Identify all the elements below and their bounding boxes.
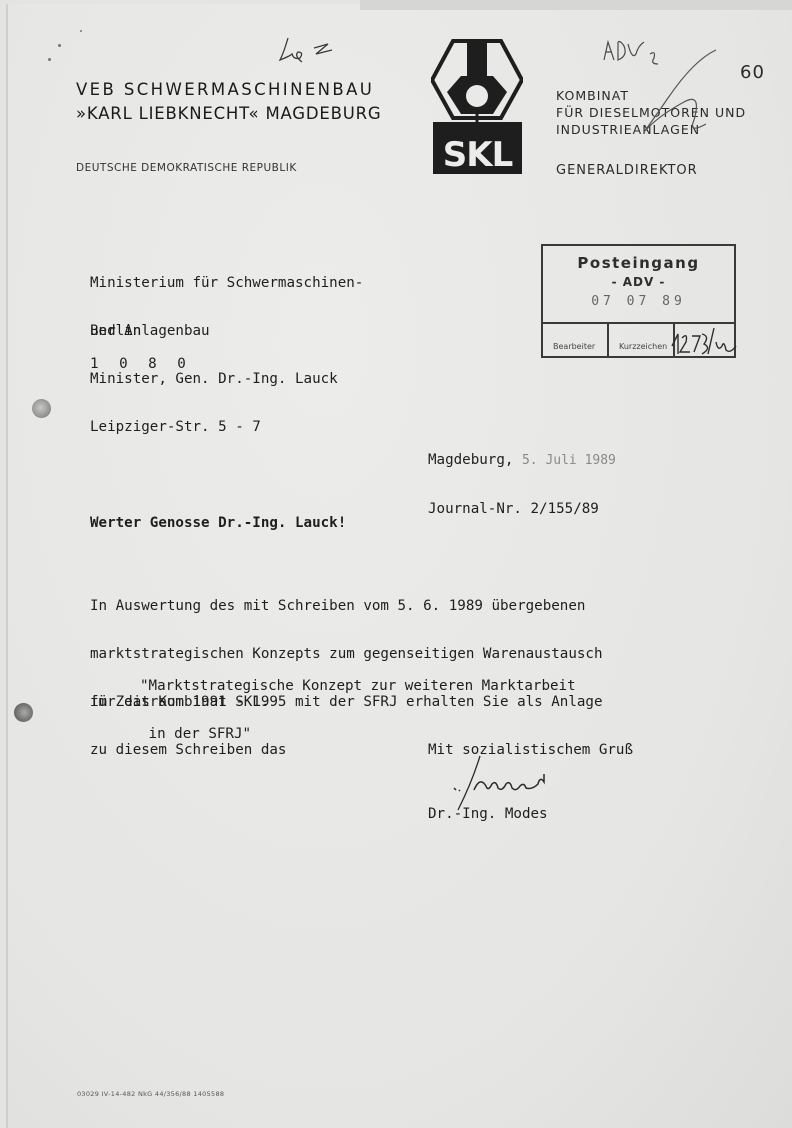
salutation: Werter Genosse Dr.-Ing. Lauck! [90, 515, 346, 531]
page-number: 60 [740, 62, 765, 83]
print-code: 03029 IV-14-482 NkG 44/356/88 1405588 [77, 1090, 224, 1098]
paper-speck [80, 30, 82, 32]
journal-number: Journal-Nr. 2/155/89 [428, 501, 616, 517]
quote-line: "Marktstrategische Konzept zur weiteren … [140, 678, 576, 694]
paper-speck [58, 44, 61, 47]
signer-name: Dr.-Ing. Modes [428, 806, 548, 822]
body-line: In Auswertung des mit Schreiben vom 5. 6… [90, 598, 603, 614]
stamp-field-signature [675, 324, 734, 356]
address-line: Leipziger-Str. 5 - 7 [90, 419, 363, 435]
place-date-line: Magdeburg, 5. Juli 1989 [428, 452, 616, 469]
greeting: Mit sozialistischem Gruß [428, 742, 633, 758]
recipient-city: Berlin [90, 323, 141, 339]
department-label: GENERALDIREKTOR [556, 163, 698, 178]
recipient-address: Ministerium für Schwermaschinen- und Anl… [90, 243, 363, 451]
company-name: VEB SCHWERMASCHINENBAU [76, 80, 374, 99]
kombinat-line: KOMBINAT [556, 87, 746, 104]
kombinat-name: KOMBINAT FÜR DIESELMOTOREN UND INDUSTRIE… [556, 87, 746, 138]
stamp-field-kurzzeichen: Kurzzeichen [609, 324, 675, 356]
stamp-title: Posteingang [543, 254, 734, 272]
address-line: Ministerium für Schwermaschinen- [90, 275, 363, 291]
recipient-postal-code: 1 0 8 0 [90, 356, 192, 372]
kombinat-line: INDUSTRIEANLAGEN [556, 121, 746, 138]
svg-text:SKL: SKL [443, 135, 513, 175]
punch-hole [32, 399, 51, 418]
address-line: Minister, Gen. Dr.-Ing. Lauck [90, 371, 363, 387]
paper-edge [360, 0, 792, 10]
stamp-date: 07 07 89 [543, 294, 734, 309]
stamp-fields: Bearbeiter Kurzzeichen [543, 322, 734, 356]
country-label: DEUTSCHE DEMOKRATISCHE REPUBLIK [76, 162, 297, 174]
quote-line: in der SFRJ" [140, 726, 576, 742]
stamp-field-bearbeiter: Bearbeiter [543, 324, 609, 356]
dateline: Magdeburg, 5. Juli 1989 Journal-Nr. 2/15… [428, 420, 616, 533]
company-subtitle: »KARL LIEBKNECHT« MAGDEBURG [76, 104, 381, 123]
stamp-subtitle: - ADV - [543, 275, 734, 289]
punch-hole [14, 703, 33, 722]
kombinat-line: FÜR DIESELMOTOREN UND [556, 104, 746, 121]
closing-line: für das Kombinat SKL. [90, 694, 269, 710]
place-label: Magdeburg, [428, 452, 513, 468]
date-stamp: 5. Juli 1989 [522, 453, 616, 468]
received-stamp: Posteingang - ADV - 07 07 89 Bearbeiter … [541, 244, 736, 358]
paper-speck [48, 58, 51, 61]
skl-logo-icon: SKL [431, 38, 523, 176]
